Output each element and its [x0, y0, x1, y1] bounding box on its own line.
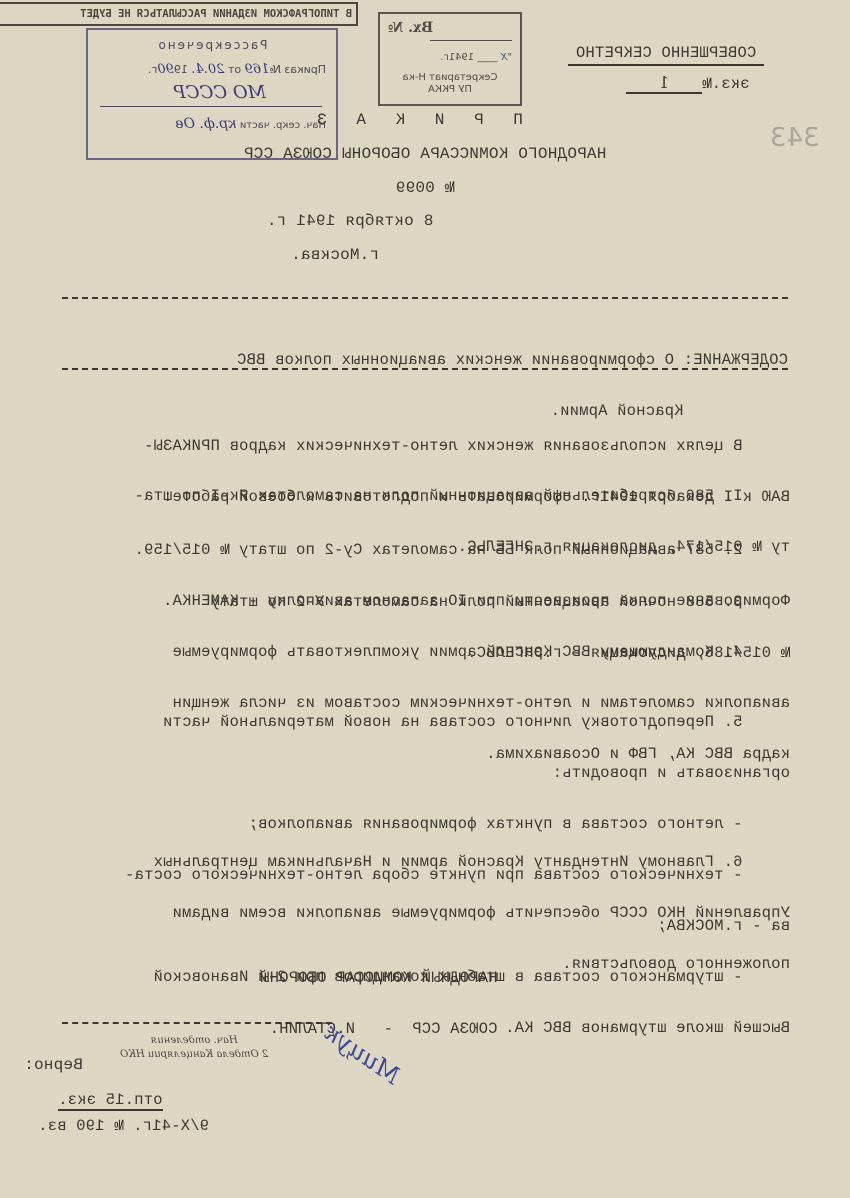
order-date: 8 октября 1941 г.: [0, 213, 850, 230]
document-page: СОВЕРШЕННО СЕКРЕТНО экз.№1 343 Вх. № "X …: [0, 0, 850, 1198]
order-heading: П Р И К А З: [0, 112, 850, 129]
incoming-date-month: X: [501, 52, 508, 63]
order-issuer: НАРОДНОГО КОМИССАРА ОБОРОНЫ СОЮЗА ССР: [0, 146, 850, 163]
declassified-date: 20.4.: [191, 62, 224, 77]
attestation-label: Верно:: [24, 1040, 121, 1091]
outgoing-number: 9/Х-41г. № 190 вз.: [38, 1118, 209, 1135]
signature-title: НАРОДНЫЙ КОМИССАР ОБОРОНЫ: [260, 970, 498, 987]
order-number: № 0099: [0, 180, 850, 197]
incoming-org: Секретариат Н-ка ПУ РККА: [380, 72, 520, 96]
incoming-number-line: [430, 40, 512, 41]
declassified-rule: [100, 106, 322, 107]
declassified-title: Рассекречено: [88, 38, 336, 52]
order-place: г.Москва.: [0, 247, 850, 264]
attestation-stamp: Нач. отделения 2 Отдела Канцелярии НКО: [120, 1034, 268, 1062]
incoming-label: Вх. №: [388, 20, 433, 36]
incoming-date: "X ____ 1941г.: [388, 52, 512, 63]
copy-number: 1: [626, 75, 702, 94]
declassified-order-row: Приказ №169 от 20.4. 1990г.: [98, 62, 326, 77]
divider-top: [62, 297, 788, 299]
attestation-rule: [62, 1022, 332, 1024]
declassified-order-number: 169: [245, 62, 270, 77]
declassified-authority: МО СССР: [174, 82, 266, 103]
declassification-stamp: Рассекречено Приказ №169 от 20.4. 1990г.…: [86, 28, 338, 160]
divider-bottom: [62, 368, 788, 370]
copy-label: экз.№: [702, 75, 750, 93]
copy-number-field: экз.№1: [626, 58, 788, 111]
incoming-date-year: 1941г.: [440, 52, 474, 63]
copies-count: отп.15 экз.: [58, 1092, 163, 1111]
distribution-stamp: В ТИПОГРАФСКОМ ИЗДАНИИ РАССЫЛАТЬСЯ НЕ БУ…: [0, 2, 358, 26]
incoming-stamp: Вх. № "X ____ 1941г. Секретариат Н-ка ПУ…: [378, 12, 522, 106]
